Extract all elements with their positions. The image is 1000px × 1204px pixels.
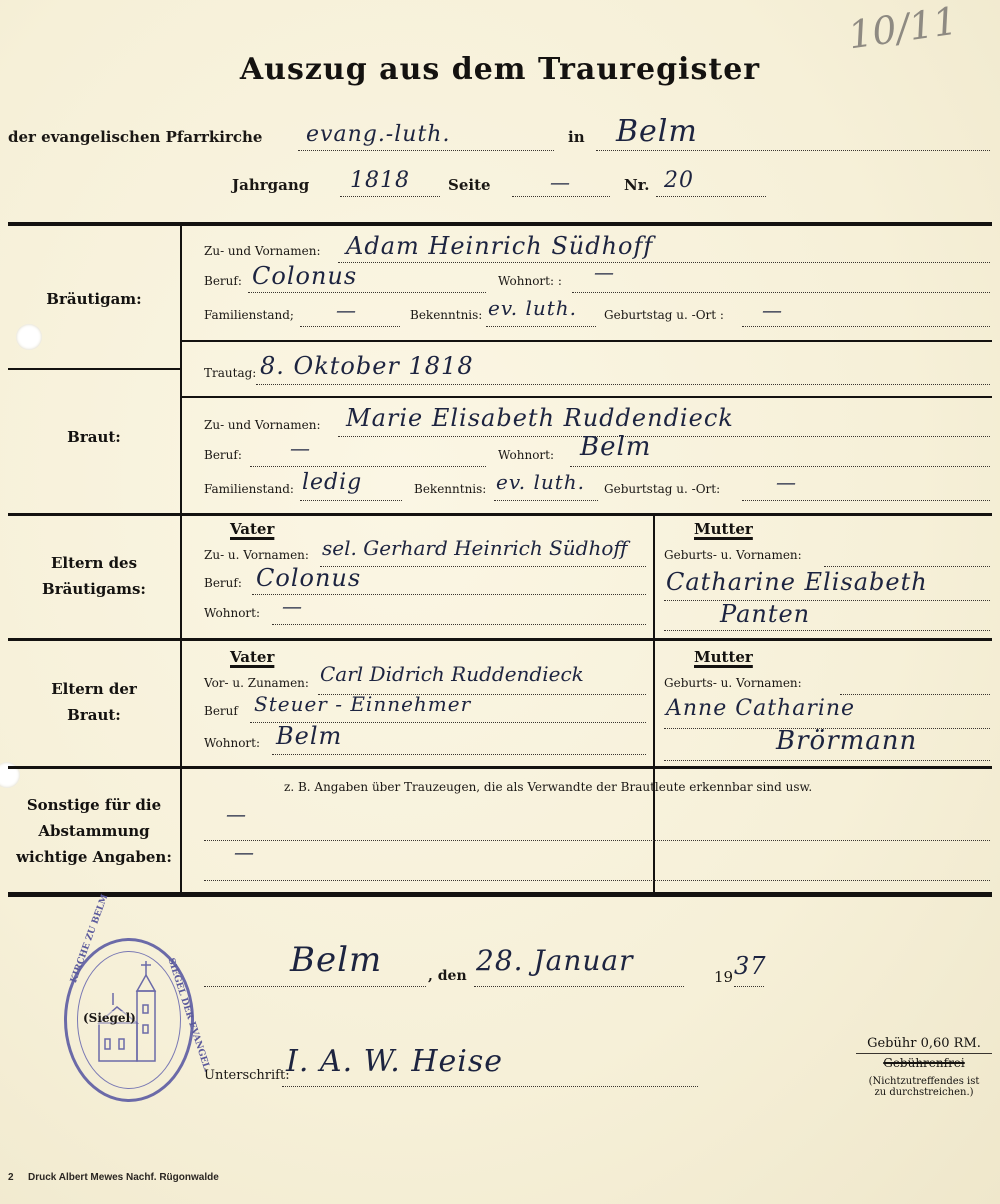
other-line2-value: — bbox=[234, 840, 255, 864]
church-prefix-label: der evangelischen Pfarrkirche bbox=[8, 128, 262, 146]
bride-bekenntnis-value: ev. luth. bbox=[496, 470, 585, 494]
bride-beruf-value: — bbox=[290, 436, 311, 460]
groom-beruf-value: Colonus bbox=[252, 262, 357, 290]
bride-bekenntnis-label: Bekenntnis: bbox=[414, 482, 486, 496]
signature-label: Unterschrift: bbox=[204, 1068, 290, 1083]
nr-value: 20 bbox=[664, 168, 694, 193]
trautag-value: 8. Oktober 1818 bbox=[260, 352, 474, 380]
church-seal: KIRCHE ZU BELM SIEGEL DER EVANGEL. (Sieg… bbox=[64, 938, 194, 1102]
footer-den-label: , den bbox=[428, 968, 467, 984]
seite-field: — bbox=[512, 178, 610, 197]
groom-name-label: Zu- und Vornamen: bbox=[204, 244, 321, 258]
groom-mother-name-line2-field: Panten bbox=[664, 614, 990, 631]
signature-value: I. A. W. Heise bbox=[286, 1044, 503, 1079]
signature-field: I. A. W. Heise bbox=[282, 1070, 698, 1087]
bride-wohnort-label: Wohnort: bbox=[498, 448, 554, 462]
bride-familienstand-field: ledig bbox=[300, 484, 402, 501]
footer-year-prefix: 19 bbox=[714, 968, 733, 986]
bride-mother-heading: Mutter bbox=[694, 648, 753, 666]
other-label-line1: Sonstige für die bbox=[10, 792, 178, 818]
bride-section-rule bbox=[8, 513, 992, 516]
nr-label: Nr. bbox=[624, 176, 649, 194]
bride-father-beruf-field: Steuer - Einnehmer bbox=[250, 706, 646, 723]
groom-name-field: Adam Heinrich Südhoff bbox=[338, 246, 990, 263]
seal-label: (Siegel) bbox=[83, 1011, 136, 1025]
bride-father-wohnort-label: Wohnort: bbox=[204, 736, 260, 750]
groom-mother-heading: Mutter bbox=[694, 520, 753, 538]
punch-hole-top bbox=[16, 324, 42, 350]
bride-parents-label-line2: Braut: bbox=[10, 702, 178, 728]
printer-imprint: Druck Albert Mewes Nachf. Rügonwalde bbox=[28, 1172, 219, 1183]
groom-wohnort-label: Wohnort: : bbox=[498, 274, 562, 288]
groom-mother-name-label: Geburts- u. Vornamen: bbox=[664, 548, 802, 562]
other-line1-value: — bbox=[226, 802, 247, 826]
footer-place-field: Belm bbox=[204, 970, 426, 987]
fee-block: Gebühr 0,60 RM. Gebührenfrei (Nichtzutre… bbox=[856, 1036, 992, 1098]
groom-geburt-label: Geburtstag u. -Ort : bbox=[604, 308, 724, 322]
bride-father-beruf-value: Steuer - Einnehmer bbox=[254, 692, 471, 716]
groom-bekenntnis-value: ev. luth. bbox=[488, 296, 577, 320]
other-label-line2: Abstammung bbox=[10, 818, 178, 844]
groom-parents-label-line1: Eltern des bbox=[10, 550, 178, 576]
bride-geburt-field: — bbox=[742, 484, 990, 501]
bride-mother-name-line2-field: Brörmann bbox=[664, 744, 990, 761]
groom-parents-label-line2: Bräutigams: bbox=[10, 576, 178, 602]
bride-name-field: Marie Elisabeth Ruddendieck bbox=[338, 420, 990, 437]
bride-mother-name-label: Geburts- u. Vornamen: bbox=[664, 676, 802, 690]
groom-father-name-field: sel. Gerhard Heinrich Südhoff bbox=[320, 550, 646, 567]
groom-wohnort-field: — bbox=[572, 276, 990, 293]
bride-section-label: Braut: bbox=[10, 424, 178, 450]
in-label: in bbox=[568, 128, 585, 146]
groom-mother-name-dots bbox=[824, 550, 990, 567]
bride-bekenntnis-field: ev. luth. bbox=[494, 484, 598, 501]
bride-wohnort-value: Belm bbox=[580, 432, 651, 462]
certificate-page: 10/11 Auszug aus dem Trauregister der ev… bbox=[0, 0, 1000, 1204]
footer-date-value: 28. Januar bbox=[476, 944, 634, 977]
groom-familienstand-field: — bbox=[300, 310, 400, 327]
bride-name-value: Marie Elisabeth Ruddendieck bbox=[346, 404, 734, 432]
document-title: Auszug aus dem Trauregister bbox=[0, 52, 1000, 87]
groom-section-label: Bräutigam: bbox=[10, 286, 178, 312]
bride-geburt-label: Geburtstag u. -Ort: bbox=[604, 482, 720, 496]
groom-details-rule bbox=[182, 340, 992, 342]
jahrgang-value: 1818 bbox=[350, 168, 410, 193]
label-column-rule bbox=[180, 226, 182, 894]
bride-father-beruf-label: Beruf bbox=[204, 704, 238, 718]
bride-father-heading: Vater bbox=[230, 648, 274, 666]
place-field: Belm bbox=[596, 130, 990, 151]
footer-place-value: Belm bbox=[290, 940, 382, 980]
bride-parents-label-line1: Eltern der bbox=[10, 676, 178, 702]
jahrgang-field: 1818 bbox=[340, 178, 440, 197]
bride-familienstand-label: Familienstand: bbox=[204, 482, 294, 496]
other-hint: z. B. Angaben über Trauzeugen, die als V… bbox=[284, 780, 812, 794]
groom-parents-rule bbox=[8, 638, 992, 641]
jahrgang-label: Jahrgang bbox=[232, 176, 309, 194]
bride-beruf-label: Beruf: bbox=[204, 448, 242, 462]
form-number: 2 bbox=[8, 1172, 14, 1183]
bride-familienstand-value: ledig bbox=[302, 470, 362, 495]
bride-wohnort-field: Belm bbox=[570, 450, 990, 467]
table-top-rule bbox=[8, 222, 992, 226]
fee-note-line2: zu durchstreichen.) bbox=[856, 1087, 992, 1098]
other-line1-field: — bbox=[204, 824, 990, 841]
footer-date-field: 28. Januar bbox=[474, 970, 684, 987]
bride-father-wohnort-value: Belm bbox=[276, 722, 342, 750]
bride-mother-name-line2-value: Brörmann bbox=[776, 726, 917, 756]
seite-label: Seite bbox=[448, 176, 491, 194]
archive-note: 10/11 bbox=[845, 0, 960, 57]
groom-mother-name-line1-field: Catharine Elisabeth bbox=[664, 584, 990, 601]
groom-mother-name-line1-value: Catharine Elisabeth bbox=[666, 568, 928, 596]
groom-bekenntnis-field: ev. luth. bbox=[486, 310, 596, 327]
fee-free-struck: Gebührenfrei bbox=[856, 1056, 992, 1070]
bride-mother-name-line1-value: Anne Catharine bbox=[666, 696, 855, 721]
denomination-field: evang.-luth. bbox=[298, 130, 554, 151]
groom-father-wohnort-label: Wohnort: bbox=[204, 606, 260, 620]
groom-familienstand-label: Familienstand; bbox=[204, 308, 294, 322]
nr-field: 20 bbox=[656, 178, 766, 197]
bride-parents-rule bbox=[8, 766, 992, 769]
groom-father-beruf-field: Colonus bbox=[252, 578, 646, 595]
table-bottom-rule bbox=[8, 892, 992, 897]
trautag-rule bbox=[182, 396, 992, 398]
denomination-value: evang.-luth. bbox=[306, 122, 450, 147]
bride-geburt-value: — bbox=[776, 470, 797, 494]
groom-wohnort-value: — bbox=[594, 260, 615, 284]
groom-familienstand-value: — bbox=[336, 298, 357, 322]
groom-parents-section-label: Eltern des Bräutigams: bbox=[10, 550, 178, 602]
other-section-label: Sonstige für die Abstammung wichtige Ang… bbox=[10, 792, 178, 870]
bride-father-wohnort-field: Belm bbox=[272, 738, 646, 755]
footer-year-field: 37 bbox=[734, 970, 764, 987]
groom-beruf-field: Colonus bbox=[248, 276, 486, 293]
groom-mother-name-line2-value: Panten bbox=[720, 600, 810, 628]
seite-value: — bbox=[550, 170, 571, 194]
fee-note-line1: (Nichtzutreffendes ist bbox=[856, 1076, 992, 1087]
groom-father-beruf-label: Beruf: bbox=[204, 576, 242, 590]
footer-year-value: 37 bbox=[734, 952, 767, 980]
groom-father-heading: Vater bbox=[230, 520, 274, 538]
groom-father-name-label: Zu- u. Vornamen: bbox=[204, 548, 309, 562]
groom-geburt-field: — bbox=[742, 310, 990, 327]
bride-father-name-label: Vor- u. Zunamen: bbox=[204, 676, 309, 690]
fee-amount: Gebühr 0,60 RM. bbox=[856, 1036, 992, 1054]
groom-section-rule bbox=[8, 368, 180, 370]
groom-father-wohnort-value: — bbox=[282, 594, 303, 618]
bride-beruf-field: — bbox=[250, 450, 486, 467]
bride-parents-section-label: Eltern der Braut: bbox=[10, 676, 178, 728]
trautag-field: 8. Oktober 1818 bbox=[256, 368, 990, 385]
groom-father-beruf-value: Colonus bbox=[256, 564, 361, 592]
place-value: Belm bbox=[616, 114, 698, 149]
groom-geburt-value: — bbox=[762, 298, 783, 322]
groom-beruf-label: Beruf: bbox=[204, 274, 242, 288]
groom-bekenntnis-label: Bekenntnis: bbox=[410, 308, 482, 322]
other-line2-field: — bbox=[204, 864, 990, 881]
bride-mother-name-dots bbox=[840, 678, 990, 695]
groom-father-name-value: sel. Gerhard Heinrich Südhoff bbox=[322, 536, 628, 560]
groom-name-value: Adam Heinrich Südhoff bbox=[346, 232, 653, 260]
groom-father-wohnort-field: — bbox=[272, 608, 646, 625]
bride-father-name-value: Carl Didrich Ruddendieck bbox=[320, 662, 584, 686]
bride-name-label: Zu- und Vornamen: bbox=[204, 418, 321, 432]
other-label-line3: wichtige Angaben: bbox=[10, 844, 178, 870]
trautag-label: Trautag: bbox=[204, 366, 256, 380]
